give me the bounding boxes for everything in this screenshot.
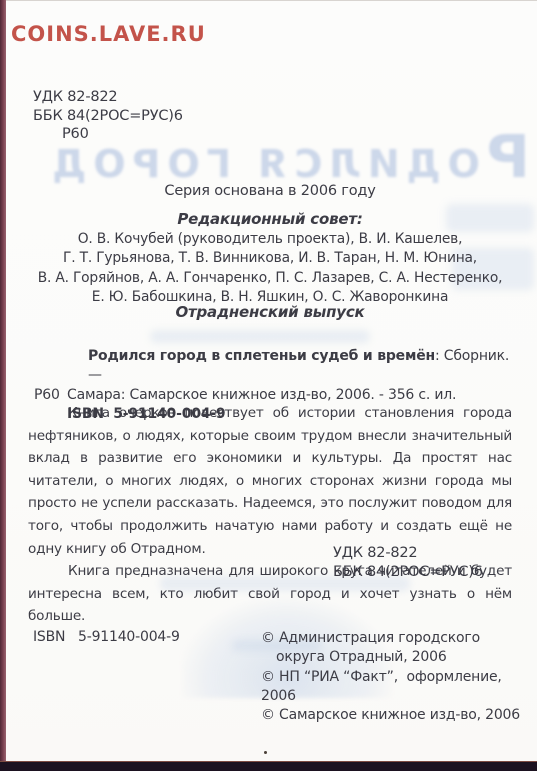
photo-bottom-edge: [0, 761, 537, 771]
bbk-index: ББК 84(2РОС=РУС)6: [33, 107, 183, 126]
edition-label: Отрадненский выпуск: [20, 303, 520, 321]
copyright-line: округа Отрадный, 2006: [261, 648, 537, 667]
series-note: Серия основана в 2006 году: [20, 183, 520, 199]
editorial-board-line: В. А. Горяйнов, А. А. Гончаренко, П. С. …: [20, 269, 520, 288]
scanned-book-page: COINS.LAVE.RU РОДИЛСЯ ГОРОД УДК 82-822 Б…: [0, 0, 537, 771]
classification-bottom: УДК 82-822 ББК 84(2РОС=РУС)6: [333, 544, 483, 582]
editorial-board-line: О. В. Кочубей (руководитель проекта), В.…: [20, 230, 520, 249]
editorial-board-list: О. В. Кочубей (руководитель проекта), В.…: [20, 230, 520, 307]
imprint: Самара: Самарское книжное изд-во, 2006. …: [67, 387, 456, 403]
classification-top: УДК 82-822 ББК 84(2РОС=РУС)6: [33, 88, 183, 126]
copyright-block: © Администрация городского округа Отрадн…: [261, 629, 537, 725]
site-watermark: COINS.LAVE.RU: [11, 22, 206, 46]
show-through-mirrored-title: РОДИЛСЯ ГОРОД: [62, 128, 530, 186]
editorial-board-heading: Редакционный совет:: [20, 210, 520, 228]
copyright-line: © Администрация городского: [261, 629, 537, 648]
isbn-bottom: ISBN 5-91140-004-9: [33, 629, 180, 645]
udk-index-bottom: УДК 82-822: [333, 544, 483, 563]
photo-top-edge: [0, 0, 537, 1]
bbk-index-bottom: ББК 84(2РОС=РУС)6: [333, 563, 483, 582]
copyright-line: © НП “РИА “Факт”, оформление, 2006: [261, 668, 537, 707]
annotation: Книга очерков повествует об истории стан…: [28, 402, 512, 628]
annotation-paragraph-1: Книга очерков повествует об истории стан…: [28, 402, 512, 560]
author-sign-top: Р60: [62, 126, 89, 142]
udk-index: УДК 82-822: [33, 88, 183, 107]
bib-title-line: Родился город в сплетеньи судеб и времён…: [33, 347, 511, 386]
copyright-line: © Самарское книжное изд-во, 2006: [261, 706, 537, 725]
show-through-blob: [150, 330, 370, 343]
photo-left-edge: [0, 0, 6, 771]
editorial-board-line: Г. Т. Гурьянова, Т. В. Винникова, И. В. …: [20, 249, 520, 268]
scan-speck: [264, 751, 267, 754]
book-title: Родился город в сплетеньи судеб и времён: [88, 348, 435, 364]
